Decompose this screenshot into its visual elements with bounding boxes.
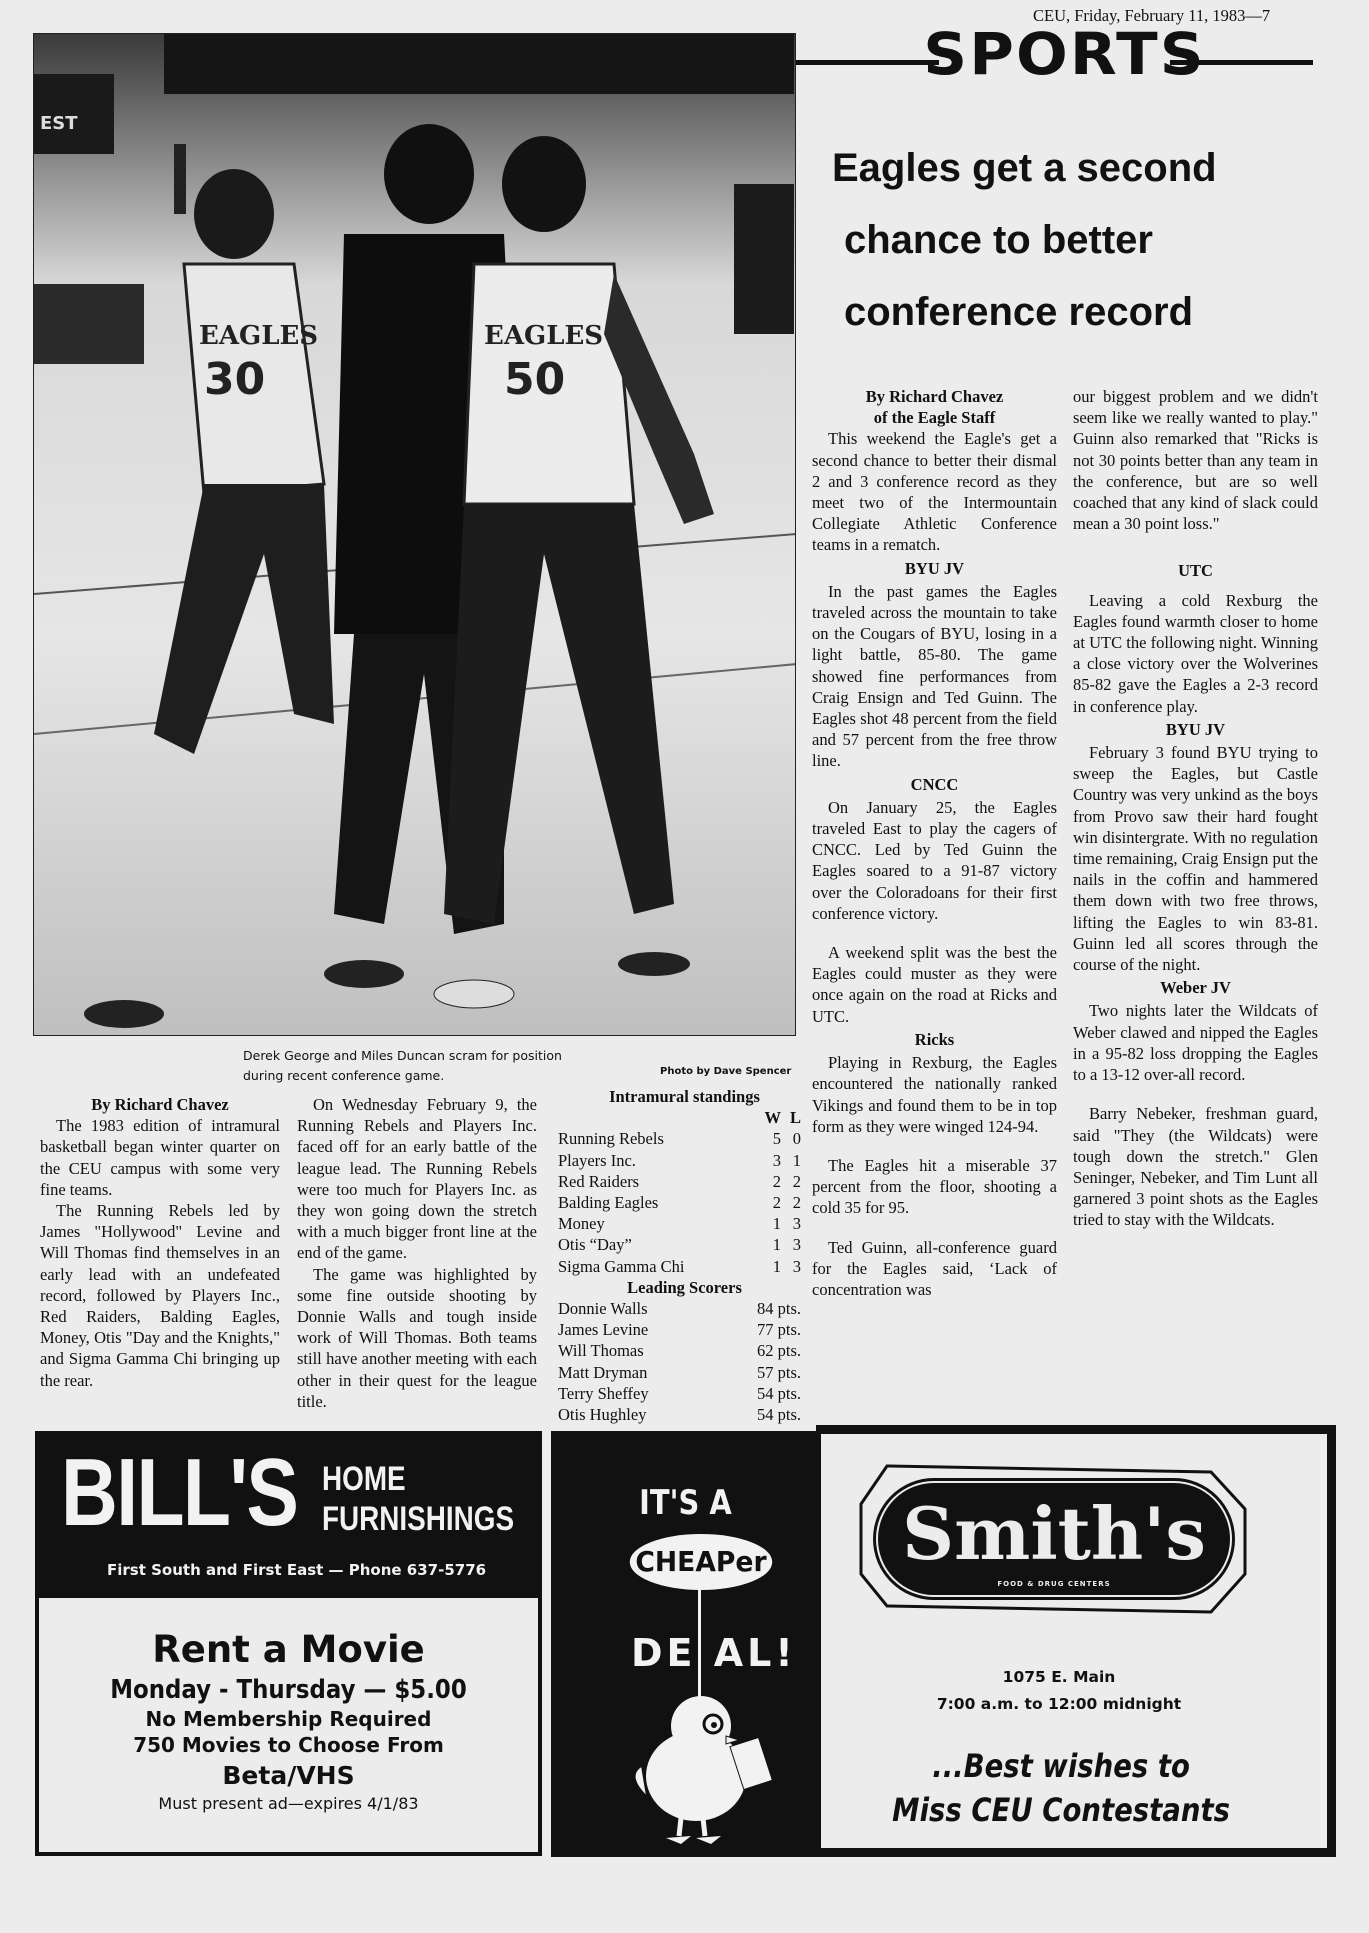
team-wins: 2 <box>761 1192 781 1213</box>
paragraph: On Wednesday February 9, the Running Reb… <box>297 1094 537 1264</box>
smiths-ad: Smith's FOOD & DRUG CENTERS 1075 E. Main… <box>816 1425 1336 1857</box>
scorer-name: James Levine <box>558 1319 741 1340</box>
scorer-name: Terry Sheffey <box>558 1383 741 1404</box>
scorer-name: Otis Hughley <box>558 1404 741 1425</box>
scorer-row: Matt Dryman57 pts. <box>558 1362 801 1383</box>
scorer-points: 54 pts. <box>741 1383 801 1404</box>
team-losses: 0 <box>781 1128 801 1149</box>
subhead: BYU JV <box>812 558 1057 579</box>
scorer-points: 77 pts. <box>741 1319 801 1340</box>
team-name: Money <box>558 1213 761 1234</box>
smiths-message: ...Best wishes to Miss CEU Contestants <box>856 1744 1291 1832</box>
standings-row: Otis “Day”13 <box>558 1234 801 1255</box>
team-name: Sigma Gamma Chi <box>558 1256 761 1277</box>
paragraph: February 3 found BYU trying to sweep the… <box>1073 742 1318 975</box>
standings-row: Red Raiders22 <box>558 1171 801 1192</box>
scorer-points: 62 pts. <box>741 1340 801 1361</box>
bills-tag-furnishings: FURNISHINGS <box>322 1499 514 1539</box>
intramural-column-1: By Richard Chavez The 1983 edition of in… <box>40 1094 280 1391</box>
section-rule-left <box>789 60 939 65</box>
headline-line: conference record <box>832 276 1332 348</box>
smiths-wish-line: ...Best wishes to <box>856 1744 1265 1788</box>
bills-movie-offer: Rent a Movie Monday - Thursday — $5.00 N… <box>39 1598 538 1813</box>
smiths-hours: 7:00 a.m. to 12:00 midnight <box>821 1691 1297 1718</box>
scorer-row: Donnie Walls84 pts. <box>558 1298 801 1319</box>
svg-text:EAGLES: EAGLES <box>484 321 603 351</box>
offer-price: Monday - Thursday — $5.00 <box>69 1675 508 1705</box>
svg-text:30: 30 <box>204 354 265 405</box>
section-rule-right <box>1170 60 1313 65</box>
headline-line: Eagles get a second <box>832 132 1332 204</box>
scorer-points: 54 pts. <box>741 1404 801 1425</box>
team-losses: 2 <box>781 1171 801 1192</box>
team-name: Players Inc. <box>558 1150 761 1171</box>
team-losses: 3 <box>781 1234 801 1255</box>
standings-row: Money13 <box>558 1213 801 1234</box>
smiths-address: 1075 E. Main <box>821 1664 1297 1691</box>
bills-banner: BILL'S HOME FURNISHINGS First South and … <box>39 1435 538 1598</box>
scorer-name: Matt Dryman <box>558 1362 741 1383</box>
bills-home-furnishings-ad: BILL'S HOME FURNISHINGS First South and … <box>35 1431 542 1856</box>
cheap-line-1: IT'S A <box>639 1483 732 1523</box>
byline: By Richard Chavez <box>812 386 1057 407</box>
intramural-standings: Intramural standings W L Running Rebels5… <box>558 1086 801 1425</box>
col-l: L <box>781 1107 801 1128</box>
team-name: Running Rebels <box>558 1128 761 1149</box>
team-name: Red Raiders <box>558 1171 761 1192</box>
standings-row: Balding Eagles22 <box>558 1192 801 1213</box>
headline: Eagles get a second chance to better con… <box>832 132 1332 348</box>
byline-staff: of the Eagle Staff <box>812 407 1057 428</box>
team-name: Otis “Day” <box>558 1234 761 1255</box>
standings-row: Sigma Gamma Chi13 <box>558 1256 801 1277</box>
paragraph: our biggest problem and we didn't seem l… <box>1073 386 1318 534</box>
subhead: Ricks <box>812 1029 1057 1050</box>
paragraph: A weekend split was the best the Eagles … <box>812 942 1057 1027</box>
offer-formats: Beta/VHS <box>39 1761 538 1790</box>
paragraph: On January 25, the Eagles traveled East … <box>812 797 1057 924</box>
smiths-logo-subtitle: FOOD & DRUG CENTERS <box>997 1580 1110 1588</box>
smiths-info: 1075 E. Main 7:00 a.m. to 12:00 midnight <box>821 1664 1327 1718</box>
paragraph: The game was highlighted by some fine ou… <box>297 1264 537 1412</box>
paragraph: This weekend the Eagle's get a second ch… <box>812 428 1057 555</box>
smiths-wish-line: Miss CEU Contestants <box>856 1788 1265 1832</box>
team-wins: 1 <box>761 1234 781 1255</box>
offer-fine-print: Must present ad—expires 4/1/83 <box>39 1794 538 1813</box>
cheap-oval: CHEAPer <box>630 1534 773 1590</box>
basketball-photo: EST EAGLES 30 EAGLES 50 <box>33 33 796 1036</box>
smiths-logo-text: Smith's <box>902 1491 1206 1576</box>
team-wins: 1 <box>761 1256 781 1277</box>
bills-name: BILL'S <box>61 1445 297 1541</box>
scorer-name: Will Thomas <box>558 1340 741 1361</box>
intramural-column-2: On Wednesday February 9, the Running Reb… <box>297 1094 537 1412</box>
svg-text:EAGLES: EAGLES <box>199 321 318 351</box>
team-losses: 3 <box>781 1256 801 1277</box>
subhead: Weber JV <box>1073 977 1318 998</box>
team-wins: 5 <box>761 1128 781 1149</box>
main-article-column-1: By Richard Chavez of the Eagle Staff Thi… <box>812 386 1057 1300</box>
team-losses: 3 <box>781 1213 801 1234</box>
headline-line: chance to better <box>832 204 1332 276</box>
scorer-points: 57 pts. <box>741 1362 801 1383</box>
subhead: BYU JV <box>1073 719 1318 740</box>
paragraph: The Eagles hit a miserable 37 percent fr… <box>812 1155 1057 1219</box>
paragraph: Playing in Rexburg, the Eagles encounter… <box>812 1052 1057 1137</box>
section-title: SPORTS <box>923 25 1205 83</box>
svg-text:EST: EST <box>40 113 78 134</box>
standings-row: Running Rebels50 <box>558 1128 801 1149</box>
paragraph: The Running Rebels led by James "Hollywo… <box>40 1200 280 1391</box>
paragraph: In the past games the Eagles traveled ac… <box>812 581 1057 772</box>
scorer-row: James Levine77 pts. <box>558 1319 801 1340</box>
photo-caption: Derek George and Miles Duncan scram for … <box>243 1046 562 1086</box>
paragraph: Barry Nebeker, freshman guard, said "The… <box>1073 1103 1318 1230</box>
team-wins: 3 <box>761 1150 781 1171</box>
paragraph: Ted Guinn, all-conference guard for the … <box>812 1237 1057 1301</box>
paragraph: Two nights later the Wildcats of Weber c… <box>1073 1000 1318 1085</box>
cheap-line-2: DE AL! <box>631 1631 797 1675</box>
offer-line: No Membership Required <box>39 1707 538 1731</box>
team-wins: 2 <box>761 1171 781 1192</box>
caption-line: Derek George and Miles Duncan scram for … <box>243 1046 562 1066</box>
standings-header: W L <box>558 1107 801 1128</box>
scorer-points: 84 pts. <box>741 1298 801 1319</box>
offer-line: 750 Movies to Choose From <box>39 1733 538 1757</box>
bills-address: First South and First East — Phone 637-5… <box>107 1561 486 1579</box>
paragraph: Leaving a cold Rexburg the Eagles found … <box>1073 590 1318 717</box>
scorer-row: Will Thomas62 pts. <box>558 1340 801 1361</box>
byline: By Richard Chavez <box>40 1094 280 1115</box>
team-wins: 1 <box>761 1213 781 1234</box>
bills-tagline: HOME FURNISHINGS <box>322 1459 514 1539</box>
col-w: W <box>761 1107 781 1128</box>
photo-image-icon: EST EAGLES 30 EAGLES 50 <box>34 34 796 1036</box>
caption-line: during recent conference game. <box>243 1066 562 1086</box>
offer-headline: Rent a Movie <box>39 1628 538 1671</box>
team-name: Balding Eagles <box>558 1192 761 1213</box>
subhead: CNCC <box>812 774 1057 795</box>
scorers-title: Leading Scorers <box>558 1277 801 1298</box>
subhead: UTC <box>1073 560 1318 581</box>
smiths-logo-icon: Smith's FOOD & DRUG CENTERS <box>859 1464 1249 1614</box>
svg-text:50: 50 <box>504 354 565 405</box>
scorer-row: Otis Hughley54 pts. <box>558 1404 801 1425</box>
chick-holding-cards-icon <box>621 1686 781 1846</box>
photo-credit: Photo by Dave Spencer <box>660 1066 791 1077</box>
cheaper-deal-ad: IT'S A CHEAPer DE AL! <box>551 1431 816 1857</box>
standings-title: Intramural standings <box>558 1086 801 1107</box>
paragraph: The 1983 edition of intramural basketbal… <box>40 1115 280 1200</box>
main-article-column-2: our biggest problem and we didn't seem l… <box>1073 386 1318 1231</box>
standings-row: Players Inc.31 <box>558 1150 801 1171</box>
team-losses: 2 <box>781 1192 801 1213</box>
team-losses: 1 <box>781 1150 801 1171</box>
bills-tag-home: HOME <box>322 1459 514 1499</box>
scorer-name: Donnie Walls <box>558 1298 741 1319</box>
scorer-row: Terry Sheffey54 pts. <box>558 1383 801 1404</box>
